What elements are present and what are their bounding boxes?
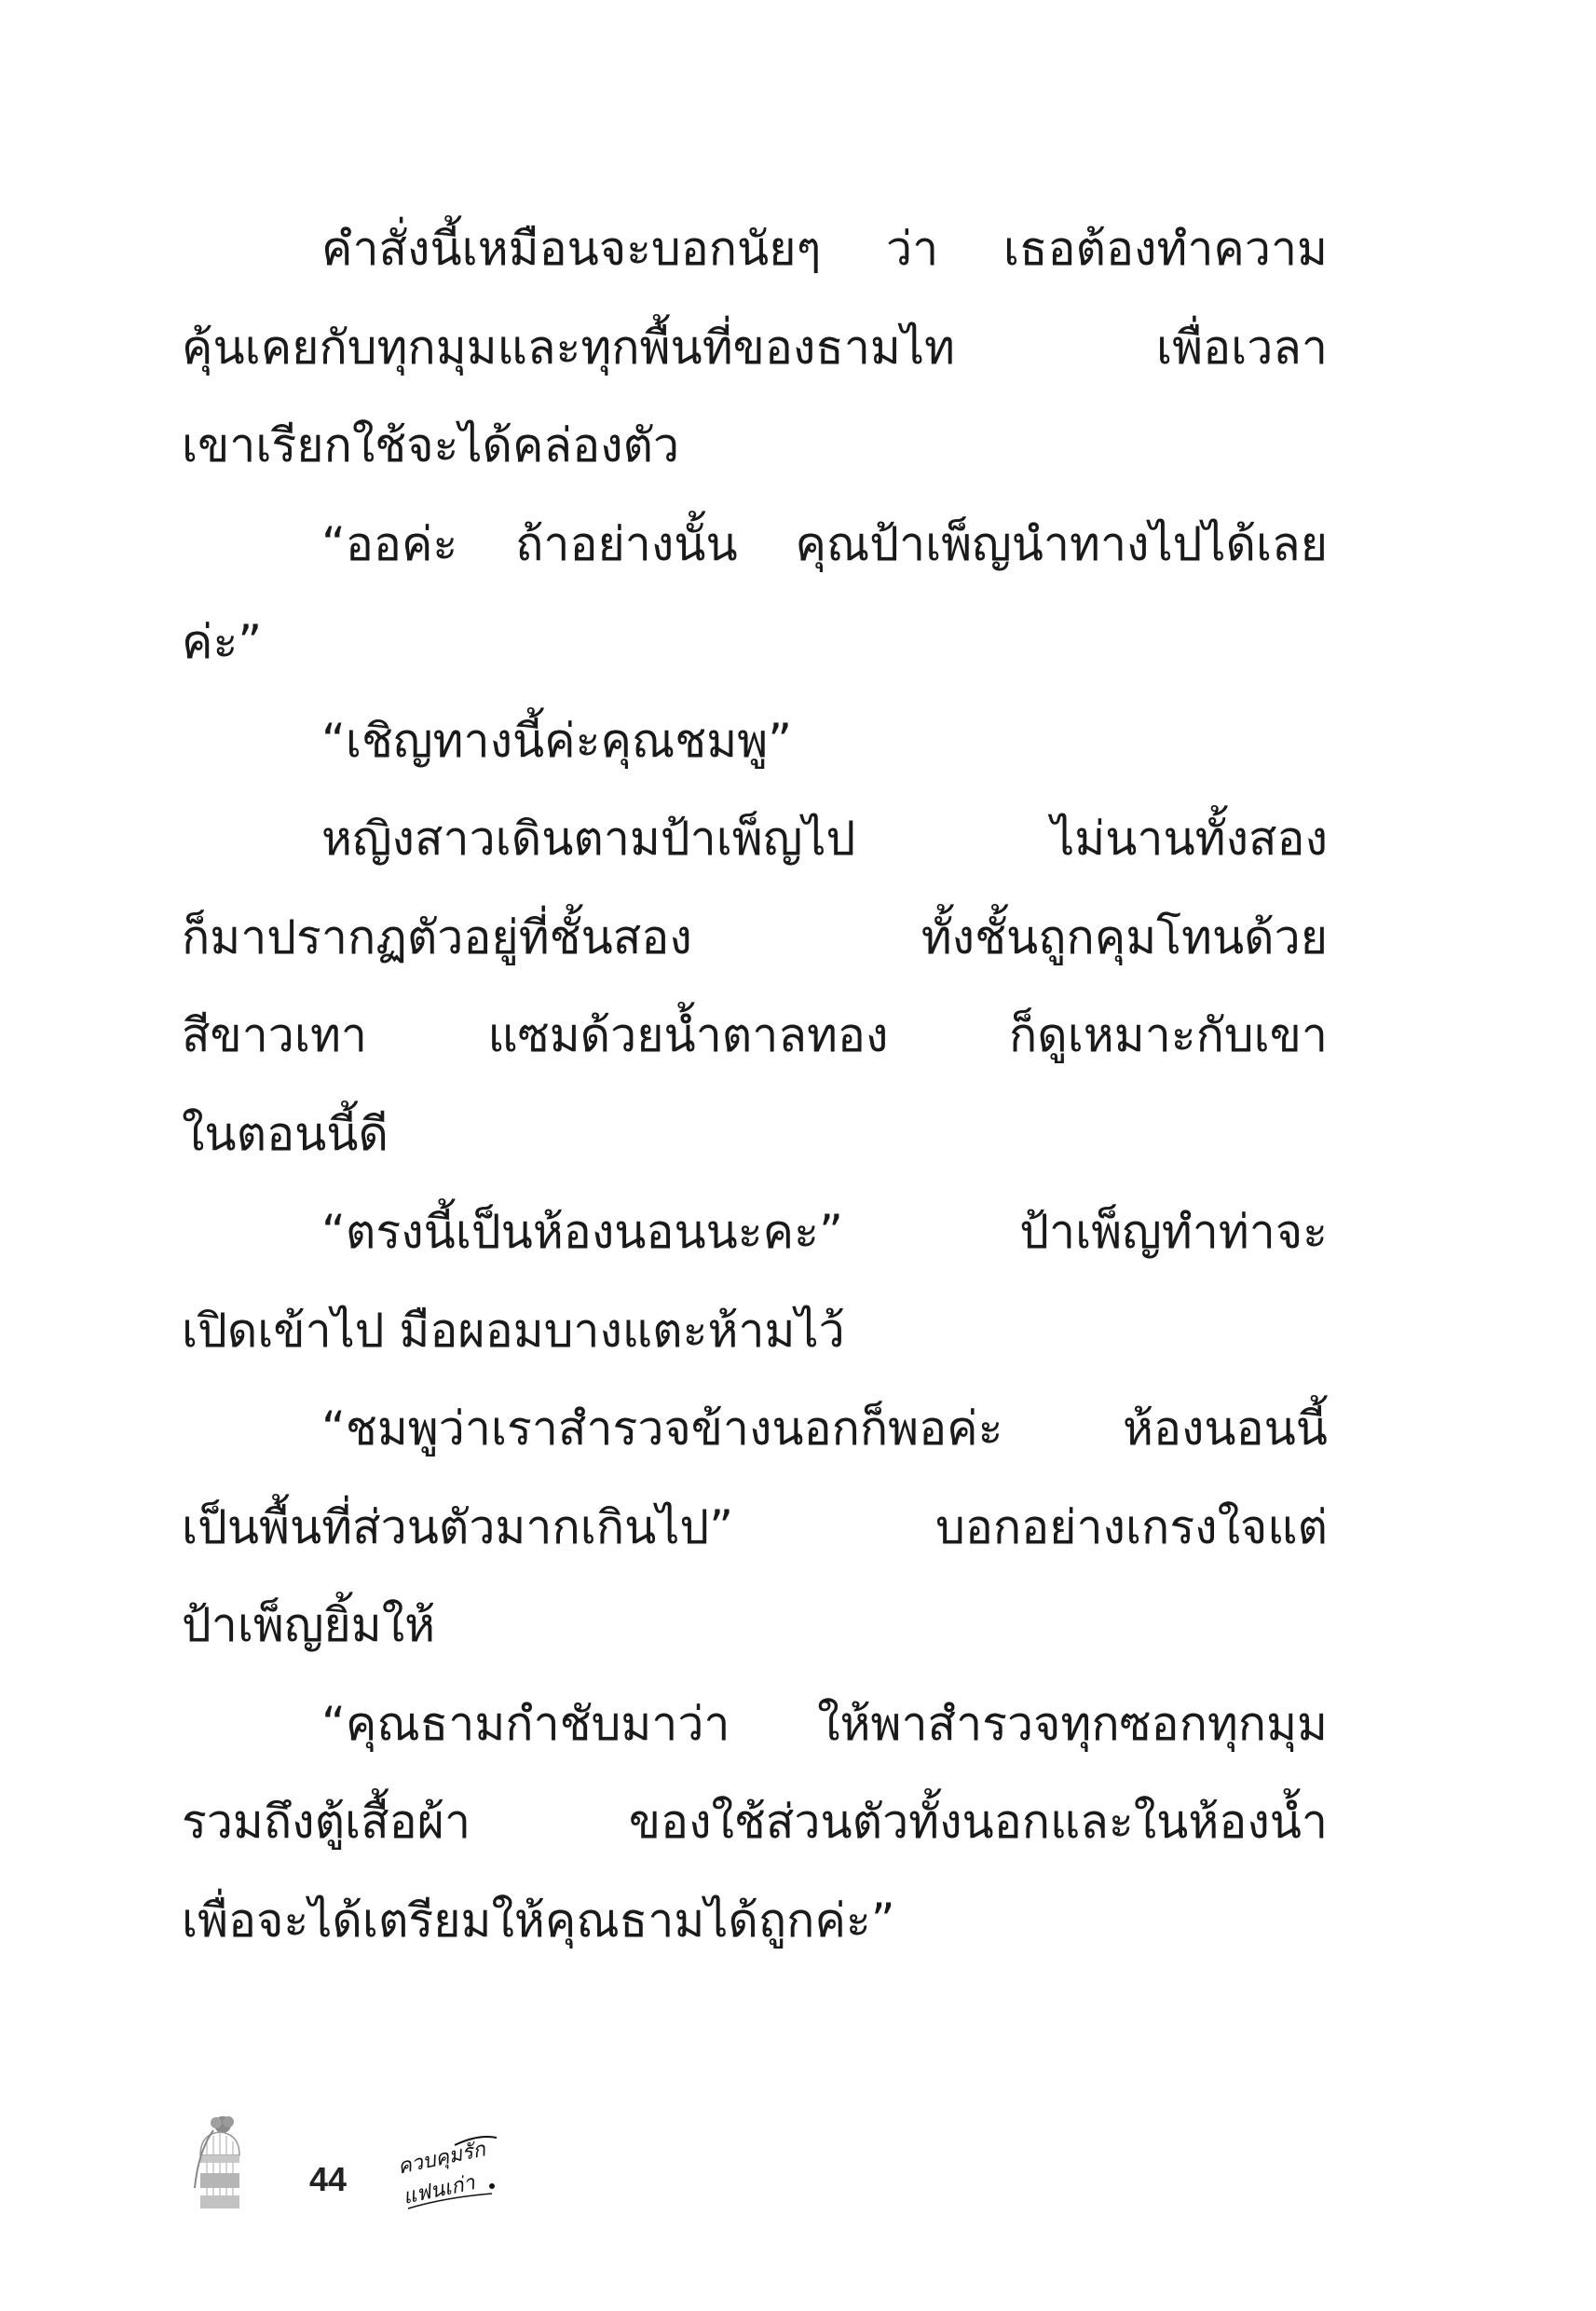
book-title-logo: ควบคุมรัก แฟนเก่า: [389, 2132, 501, 2216]
text-line: คำสั่งนี้เหมือนจะบอกนัยๆ ว่า เธอต้องทำคว…: [182, 200, 1328, 299]
text-line: ป้าเพ็ญยิ้มให้: [182, 1577, 1328, 1675]
text-line: เขาเรียกใช้จะได้คล่องตัว: [182, 397, 1328, 496]
text-line: สีขาวเทา แซมด้วยน้ำตาลทอง ก็ดูเหมาะกับเข…: [182, 987, 1328, 1086]
text-line: หญิงสาวเดินตามป้าเพ็ญไป ไม่นานทั้งสอง: [182, 790, 1328, 889]
birdcage-icon: [191, 2113, 249, 2216]
text-line: “ออค่ะ ถ้าอย่างนั้น คุณป้าเพ็ญนำทางไปได้…: [182, 496, 1328, 595]
page-footer: 44 ควบคุมรัก แฟนเก่า: [0, 2106, 1596, 2274]
text-line: เป็นพื้นที่ส่วนตัวมากเกินไป” บอกอย่างเกร…: [182, 1479, 1328, 1578]
text-line: รวมถึงตู้เสื้อผ้า ของใช้ส่วนตัวทั้งนอกแล…: [182, 1773, 1328, 1872]
text-line: เพื่อจะได้เตรียมให้คุณธามได้ถูกค่ะ”: [182, 1872, 1328, 1971]
text-line: ค่ะ”: [182, 594, 1328, 692]
page-number: 44: [309, 2160, 347, 2199]
text-line: “คุณธามกำชับมาว่า ให้พาสำรวจทุกซอกทุกมุม: [182, 1675, 1328, 1774]
text-line: “ตรงนี้เป็นห้องนอนนะคะ” ป้าเพ็ญทำท่าจะ: [182, 1183, 1328, 1282]
body-text: คำสั่งนี้เหมือนจะบอกนัยๆ ว่า เธอต้องทำคว…: [182, 200, 1328, 1970]
text-line: เปิดเข้าไป มือผอมบางแตะห้ามไว้: [182, 1282, 1328, 1381]
book-page: คำสั่งนี้เหมือนจะบอกนัยๆ ว่า เธอต้องทำคว…: [0, 0, 1596, 2311]
text-line: “ชมพูว่าเราสำรวจข้างนอกก็พอค่ะ ห้องนอนนี…: [182, 1380, 1328, 1479]
text-line: ในตอนนี้ดี: [182, 1086, 1328, 1184]
text-line: ก็มาปรากฏตัวอยู่ที่ชั้นสอง ทั้งชั้นถูกคุ…: [182, 889, 1328, 988]
text-line: คุ้นเคยกับทุกมุมและทุกพื้นที่ของธามไท เพ…: [182, 299, 1328, 398]
text-line: “เชิญทางนี้ค่ะคุณชมพู”: [182, 692, 1328, 791]
